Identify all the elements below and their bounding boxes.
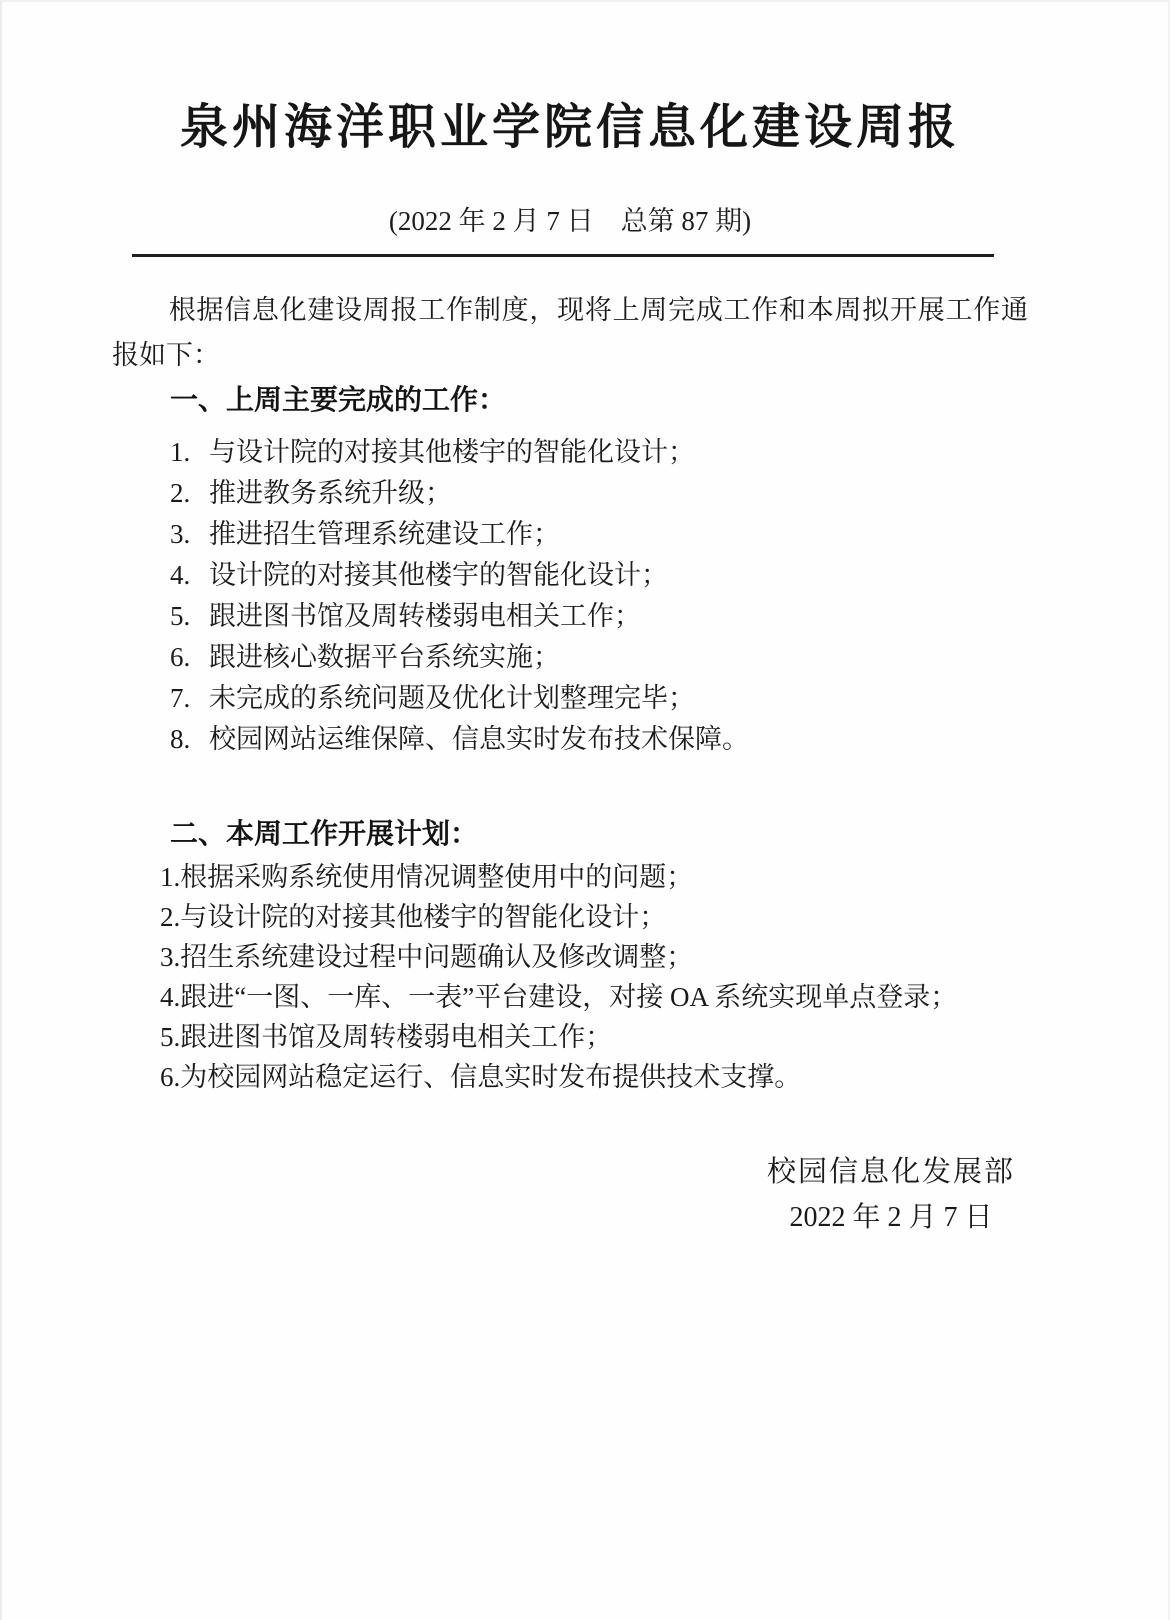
issue-date-line: (2022 年 2 月 7 日 总第 87 期) — [112, 202, 1028, 240]
item-text: 跟进核心数据平台系统实施； — [209, 642, 560, 672]
title-divider — [132, 254, 994, 257]
item-number: 5. — [170, 596, 209, 637]
item-number: 2. — [170, 473, 209, 514]
list-item: 4.设计院的对接其他楼宇的智能化设计； — [170, 555, 1028, 596]
item-text: 与设计院的对接其他楼宇的智能化设计； — [209, 437, 695, 467]
list-item: 2.推进教务系统升级； — [170, 473, 1028, 514]
signature-date: 2022 年 2 月 7 日 — [767, 1198, 1015, 1238]
item-text: 设计院的对接其他楼宇的智能化设计； — [209, 560, 668, 590]
section-2-item-list: 1.根据采购系统使用情况调整使用中的问题；2.与设计院的对接其他楼宇的智能化设计… — [112, 857, 1028, 1097]
section-1-item-list: 1.与设计院的对接其他楼宇的智能化设计；2.推进教务系统升级；3.推进招生管理系… — [112, 432, 1028, 760]
item-number: 6. — [160, 1057, 180, 1097]
list-item: 5.跟进图书馆及周转楼弱电相关工作； — [160, 1017, 1028, 1057]
item-text: 跟进“一图、一库、一表”平台建设，对接 OA 系统实现单点登录； — [180, 982, 957, 1012]
item-number: 5. — [160, 1017, 180, 1057]
document-title: 泉州海洋职业学院信息化建设周报 — [112, 98, 1028, 158]
signature-department: 校园信息化发展部 — [767, 1152, 1015, 1192]
list-item: 5.跟进图书馆及周转楼弱电相关工作； — [170, 596, 1028, 637]
item-number: 6. — [170, 637, 209, 678]
item-text: 跟进图书馆及周转楼弱电相关工作； — [180, 1022, 612, 1052]
item-text: 推进教务系统升级； — [209, 478, 452, 508]
item-text: 跟进图书馆及周转楼弱电相关工作； — [209, 601, 641, 631]
item-text: 未完成的系统问题及优化计划整理完毕； — [209, 683, 695, 713]
item-number: 3. — [170, 514, 209, 555]
list-item: 3.招生系统建设过程中问题确认及修改调整； — [160, 937, 1028, 977]
list-item: 1.与设计院的对接其他楼宇的智能化设计； — [170, 432, 1028, 473]
list-item: 6.跟进核心数据平台系统实施； — [170, 637, 1028, 678]
item-text: 为校园网站稳定运行、信息实时发布提供技术支撑。 — [180, 1062, 801, 1092]
item-number: 1. — [160, 857, 180, 897]
list-item: 8.校园网站运维保障、信息实时发布技术保障。 — [170, 719, 1028, 760]
item-number: 7. — [170, 678, 209, 719]
list-item: 3.推进招生管理系统建设工作； — [170, 514, 1028, 555]
item-number: 2. — [160, 897, 180, 937]
item-number: 8. — [170, 719, 209, 760]
item-text: 与设计院的对接其他楼宇的智能化设计； — [180, 902, 666, 932]
list-item: 2.与设计院的对接其他楼宇的智能化设计； — [160, 897, 1028, 937]
list-item: 7.未完成的系统问题及优化计划整理完毕； — [170, 678, 1028, 719]
item-text: 根据采购系统使用情况调整使用中的问题； — [180, 862, 693, 892]
item-number: 4. — [160, 977, 180, 1017]
section-2-heading: 二、本周工作开展计划： — [170, 812, 1028, 857]
list-item: 6.为校园网站稳定运行、信息实时发布提供技术支撑。 — [160, 1057, 1028, 1097]
item-text: 校园网站运维保障、信息实时发布技术保障。 — [209, 724, 749, 754]
section-1-heading: 一、上周主要完成的工作： — [170, 378, 1028, 423]
item-text: 招生系统建设过程中问题确认及修改调整； — [180, 942, 693, 972]
item-number: 3. — [160, 937, 180, 977]
document-page: 泉州海洋职业学院信息化建设周报 (2022 年 2 月 7 日 总第 87 期)… — [0, 0, 1170, 1620]
signature-block: 校园信息化发展部 2022 年 2 月 7 日 — [767, 1152, 1015, 1238]
list-item: 1.根据采购系统使用情况调整使用中的问题； — [160, 857, 1028, 897]
item-number: 4. — [170, 555, 209, 596]
intro-paragraph: 根据信息化建设周报工作制度，现将上周完成工作和本周拟开展工作通报如下： — [112, 288, 1028, 378]
list-item: 4.跟进“一图、一库、一表”平台建设，对接 OA 系统实现单点登录； — [160, 977, 1028, 1017]
item-text: 推进招生管理系统建设工作； — [209, 519, 560, 549]
item-number: 1. — [170, 432, 209, 473]
